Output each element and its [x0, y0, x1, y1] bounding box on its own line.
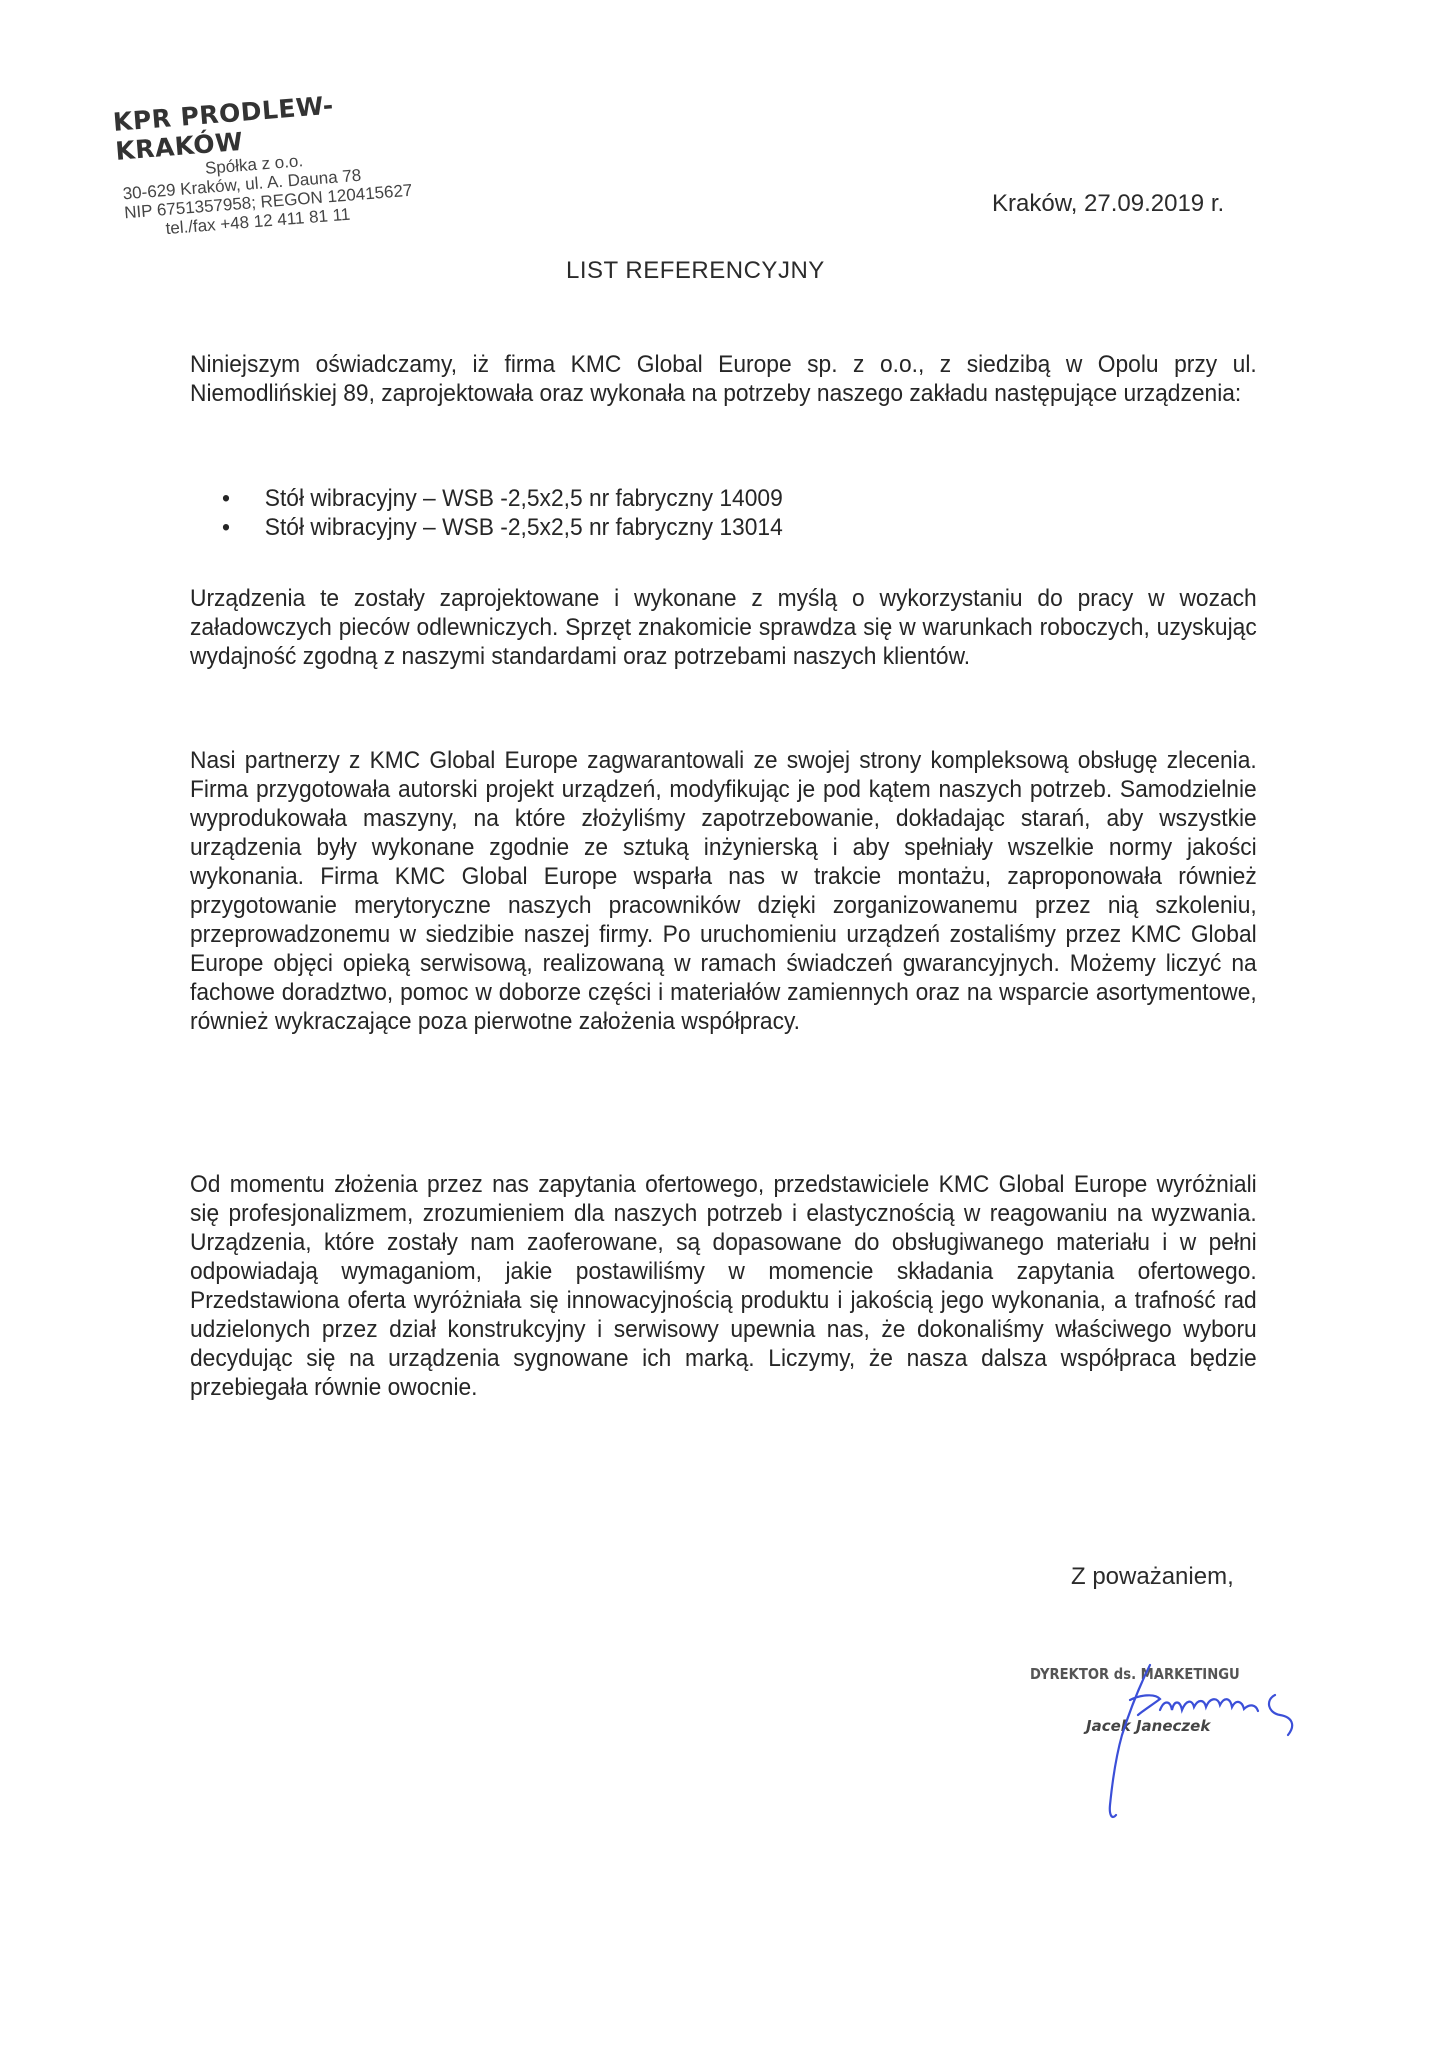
- paragraph-devices: Urządzenia te zostały zaprojektowane i w…: [190, 584, 1257, 671]
- closing-salutation: Z poważaniem,: [1071, 1563, 1234, 1591]
- letter-date: Kraków, 27.09.2019 r.: [992, 190, 1224, 218]
- signature-block: DYREKTOR ds. MARKETINGU Jacek Janeczek: [1030, 1665, 1330, 1835]
- paragraph-intro: Niniejszym oświadczamy, iż firma KMC Glo…: [190, 350, 1257, 408]
- company-stamp: KPR PRODLEW-KRAKÓW Spółka z o.o. 30-629 …: [112, 81, 461, 241]
- paragraph-partners: Nasi partnerzy z KMC Global Europe zagwa…: [190, 746, 1257, 1036]
- device-list-item: Stół wibracyjny – WSB -2,5x2,5 nr fabryc…: [222, 513, 783, 542]
- device-list: Stół wibracyjny – WSB -2,5x2,5 nr fabryc…: [222, 484, 783, 542]
- paragraph-offer: Od momentu złożenia przez nas zapytania …: [190, 1170, 1257, 1402]
- device-list-item: Stół wibracyjny – WSB -2,5x2,5 nr fabryc…: [222, 484, 783, 513]
- handwritten-signature: [1060, 1655, 1340, 1835]
- letter-title: LIST REFERENCYJNY: [566, 257, 825, 285]
